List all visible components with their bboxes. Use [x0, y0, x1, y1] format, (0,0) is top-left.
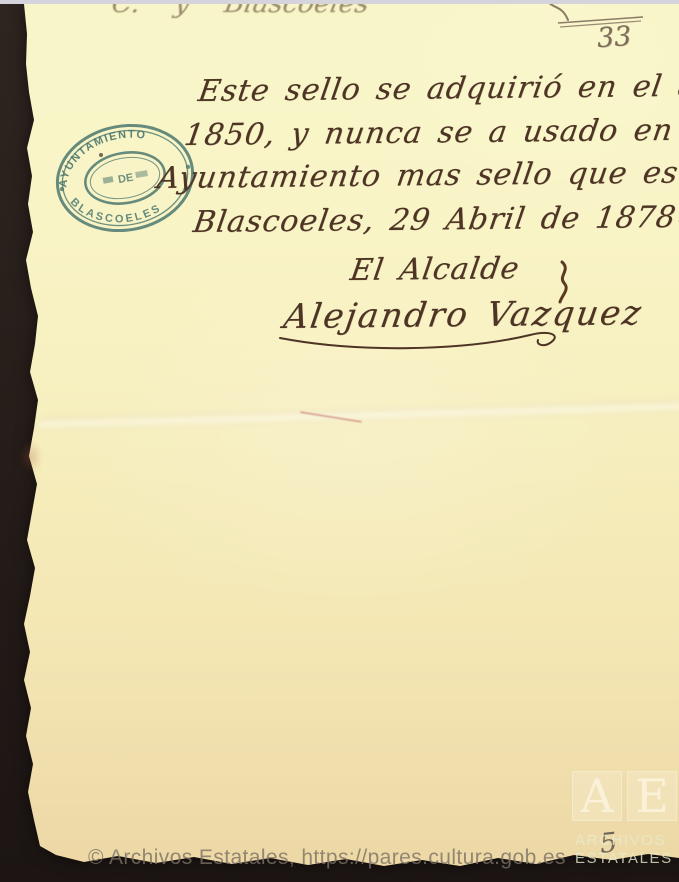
manuscript-line-2: 1850, y nunca se a usado en este á [182, 112, 679, 153]
scanner-edge-strip [0, 0, 679, 4]
stamp-bottom-text: BLASCOELES [67, 181, 166, 234]
signature-flourish [278, 328, 578, 356]
folio-number: 33 [596, 21, 632, 54]
manuscript-line-3: Ayuntamiento mas sello que este [155, 155, 679, 196]
stamp-center-text: DE [117, 172, 134, 186]
manuscript-line-4: Blascoeles, 29 Abril de 1878= [191, 200, 679, 240]
rubric-mark [550, 260, 576, 306]
logo-letter-a: A [572, 771, 622, 821]
logo-line-archivos: ARCHIVOS [575, 832, 666, 849]
logo-line-estatales: ESTATALES [575, 850, 673, 867]
svg-text:BLASCOELES: BLASCOELES [67, 181, 166, 234]
logo-letter-e: E [627, 771, 677, 821]
edge-smudge [20, 440, 42, 474]
scanned-document: C. y Blascoeles 33 AYUNTAMIENTO BLASCOEL… [0, 0, 679, 882]
manuscript-line-el-alcalde: El Alcalde [348, 251, 522, 288]
archive-watermark: © Archivos Estatales, https://pares.cult… [88, 846, 566, 870]
manuscript-line-1: Este sello se adquirió en el año de [196, 68, 679, 109]
archivos-estatales-logo: A E ARCHIVOS ESTATALES [565, 768, 679, 882]
